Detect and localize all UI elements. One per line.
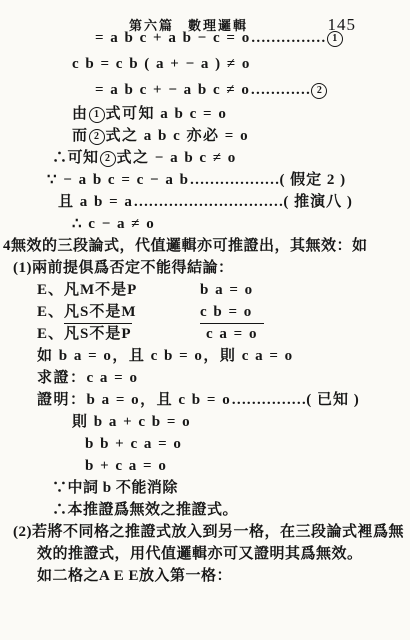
- scanned-book-page: 第六篇 數理邏輯 145 = a b c + a b − c = o……………1…: [0, 0, 410, 640]
- derivation-line-7: ∵ − a b c = c − a b………………( 假定 2 ): [47, 169, 410, 191]
- formula: ∴ c − a ≠ o: [72, 216, 155, 232]
- conclusion-rule: c a = o: [200, 323, 264, 344]
- formula: 且 a b = a: [58, 194, 133, 210]
- premise-statement: E、凡M不是P: [37, 279, 200, 301]
- proof-step-1: 則 b a + c b = o: [72, 411, 410, 433]
- syllogism-conclusion-row: E、凡S不是P c a = o: [37, 323, 337, 345]
- formula: 則 b a + c b = o: [72, 414, 191, 430]
- syllogism-premise-row-1: E、凡M不是P b a = o: [37, 279, 337, 301]
- premise-statement: E、凡S不是M: [37, 301, 200, 323]
- derivation-line-5: 而2式之 a b c 亦必 = o: [72, 125, 410, 147]
- formula: b b + c a = o: [85, 436, 182, 452]
- formula: = a b c + − a b c ≠ o: [95, 82, 250, 98]
- text: ∴可知: [52, 150, 99, 166]
- proof-line: 證明：b a = o，且 c b = o……………( 已知 ): [37, 389, 410, 411]
- item-1-title: (1)兩前提俱爲否定不能得結論：: [13, 257, 410, 279]
- dot-leader: ……………: [251, 30, 326, 46]
- dot-leader: …………………………: [133, 194, 283, 210]
- conclusion-rule: 凡S不是P: [64, 323, 132, 344]
- syllogism-table: E、凡M不是P b a = o E、凡S不是M c b = o E、凡S不是P …: [37, 279, 337, 345]
- proof-step-3: b + c a = o: [85, 455, 410, 477]
- item-2-line-2: 效的推證式，用代值邏輯亦可又證明其爲無效。: [37, 543, 410, 565]
- text: 效的推證式，用代值邏輯亦可又證明其爲無效。: [37, 546, 363, 562]
- equation-line-2: c b = c b ( a + − a ) ≠ o: [72, 51, 410, 77]
- formula: b + c a = o: [85, 458, 167, 474]
- dot-leader: ……………: [231, 392, 306, 408]
- circled-number-1: 1: [327, 31, 343, 47]
- derivation-line-9: ∴ c − a ≠ o: [72, 213, 410, 235]
- annotation-given: ( 已知 ): [306, 392, 360, 408]
- syllogism-premise-row-2: E、凡S不是M c b = o: [37, 301, 337, 323]
- annotation-deduction-8: ( 推演八 ): [283, 194, 353, 210]
- text: 求證：c a = o: [37, 370, 138, 386]
- equation-line-3: = a b c + − a b c ≠ o…………2: [95, 77, 410, 103]
- section-4-heading: 4無效的三段論式，代值邏輯亦可推證出，其無效：如: [3, 235, 410, 257]
- formula: 證明：b a = o，且 c b = o: [37, 392, 231, 408]
- conclusion-formula: c a = o: [200, 323, 264, 345]
- conclusion-prefix: E、: [37, 326, 64, 342]
- therefore-line: ∴本推證爲無效之推證式。: [52, 499, 410, 521]
- text: ∴本推證爲無效之推證式。: [52, 502, 238, 518]
- because-line: ∵中詞 b 不能消除: [52, 477, 410, 499]
- derivation-line-6: ∴可知2式之 − a b c ≠ o: [52, 147, 410, 169]
- text: (2)若將不同格之推證式放入到另一格，在三段論式裡爲無: [13, 524, 404, 540]
- premise-formula: c b = o: [200, 301, 253, 323]
- circled-number-2: 2: [311, 83, 327, 99]
- conclusion-statement: E、凡S不是P: [37, 323, 200, 345]
- derivation-line-4: 由1式可知 a b c = o: [72, 103, 410, 125]
- equation-line-1: = a b c + a b − c = o……………1: [95, 25, 410, 51]
- text: 式可知 a b c = o: [106, 106, 228, 122]
- page-header: 第六篇 數理邏輯 145: [0, 0, 410, 25]
- formula: ∵ − a b c = c − a b: [47, 172, 189, 188]
- heading-text: 4無效的三段論式，代值邏輯亦可推證出，其無效：如: [3, 238, 368, 254]
- text: 如 b a = o，且 c b = o，則 c a = o: [37, 348, 294, 364]
- premise-formula: b a = o: [200, 279, 254, 301]
- text: 式之 − a b c ≠ o: [117, 150, 237, 166]
- text: ∵中詞 b 不能消除: [52, 480, 178, 496]
- dot-leader: ………………: [189, 172, 279, 188]
- text: 如二格之A E E放入第一格：: [37, 568, 232, 584]
- derivation-line-8: 且 a b = a…………………………( 推演八 ): [58, 191, 410, 213]
- circled-number-2: 2: [100, 151, 116, 167]
- proof-step-2: b b + c a = o: [85, 433, 410, 455]
- dot-leader: …………: [250, 82, 310, 98]
- annotation-hypothesis-2: ( 假定 2 ): [279, 172, 346, 188]
- item-2-line-1: (2)若將不同格之推證式放入到另一格，在三段論式裡爲無: [13, 521, 410, 543]
- formula: = a b c + a b − c = o: [95, 30, 251, 46]
- formula: c b = c b ( a + − a ) ≠ o: [72, 56, 251, 72]
- to-prove-line: 求證：c a = o: [37, 367, 410, 389]
- text: 而: [72, 128, 88, 144]
- item-2-line-3: 如二格之A E E放入第一格：: [37, 565, 410, 587]
- circled-number-1: 1: [89, 107, 105, 123]
- circled-number-2: 2: [89, 129, 105, 145]
- condition-line: 如 b a = o，且 c b = o，則 c a = o: [37, 345, 410, 367]
- text: 式之 a b c 亦必 = o: [106, 128, 250, 144]
- title-text: (1)兩前提俱爲否定不能得結論：: [13, 260, 234, 276]
- text: 由: [72, 106, 88, 122]
